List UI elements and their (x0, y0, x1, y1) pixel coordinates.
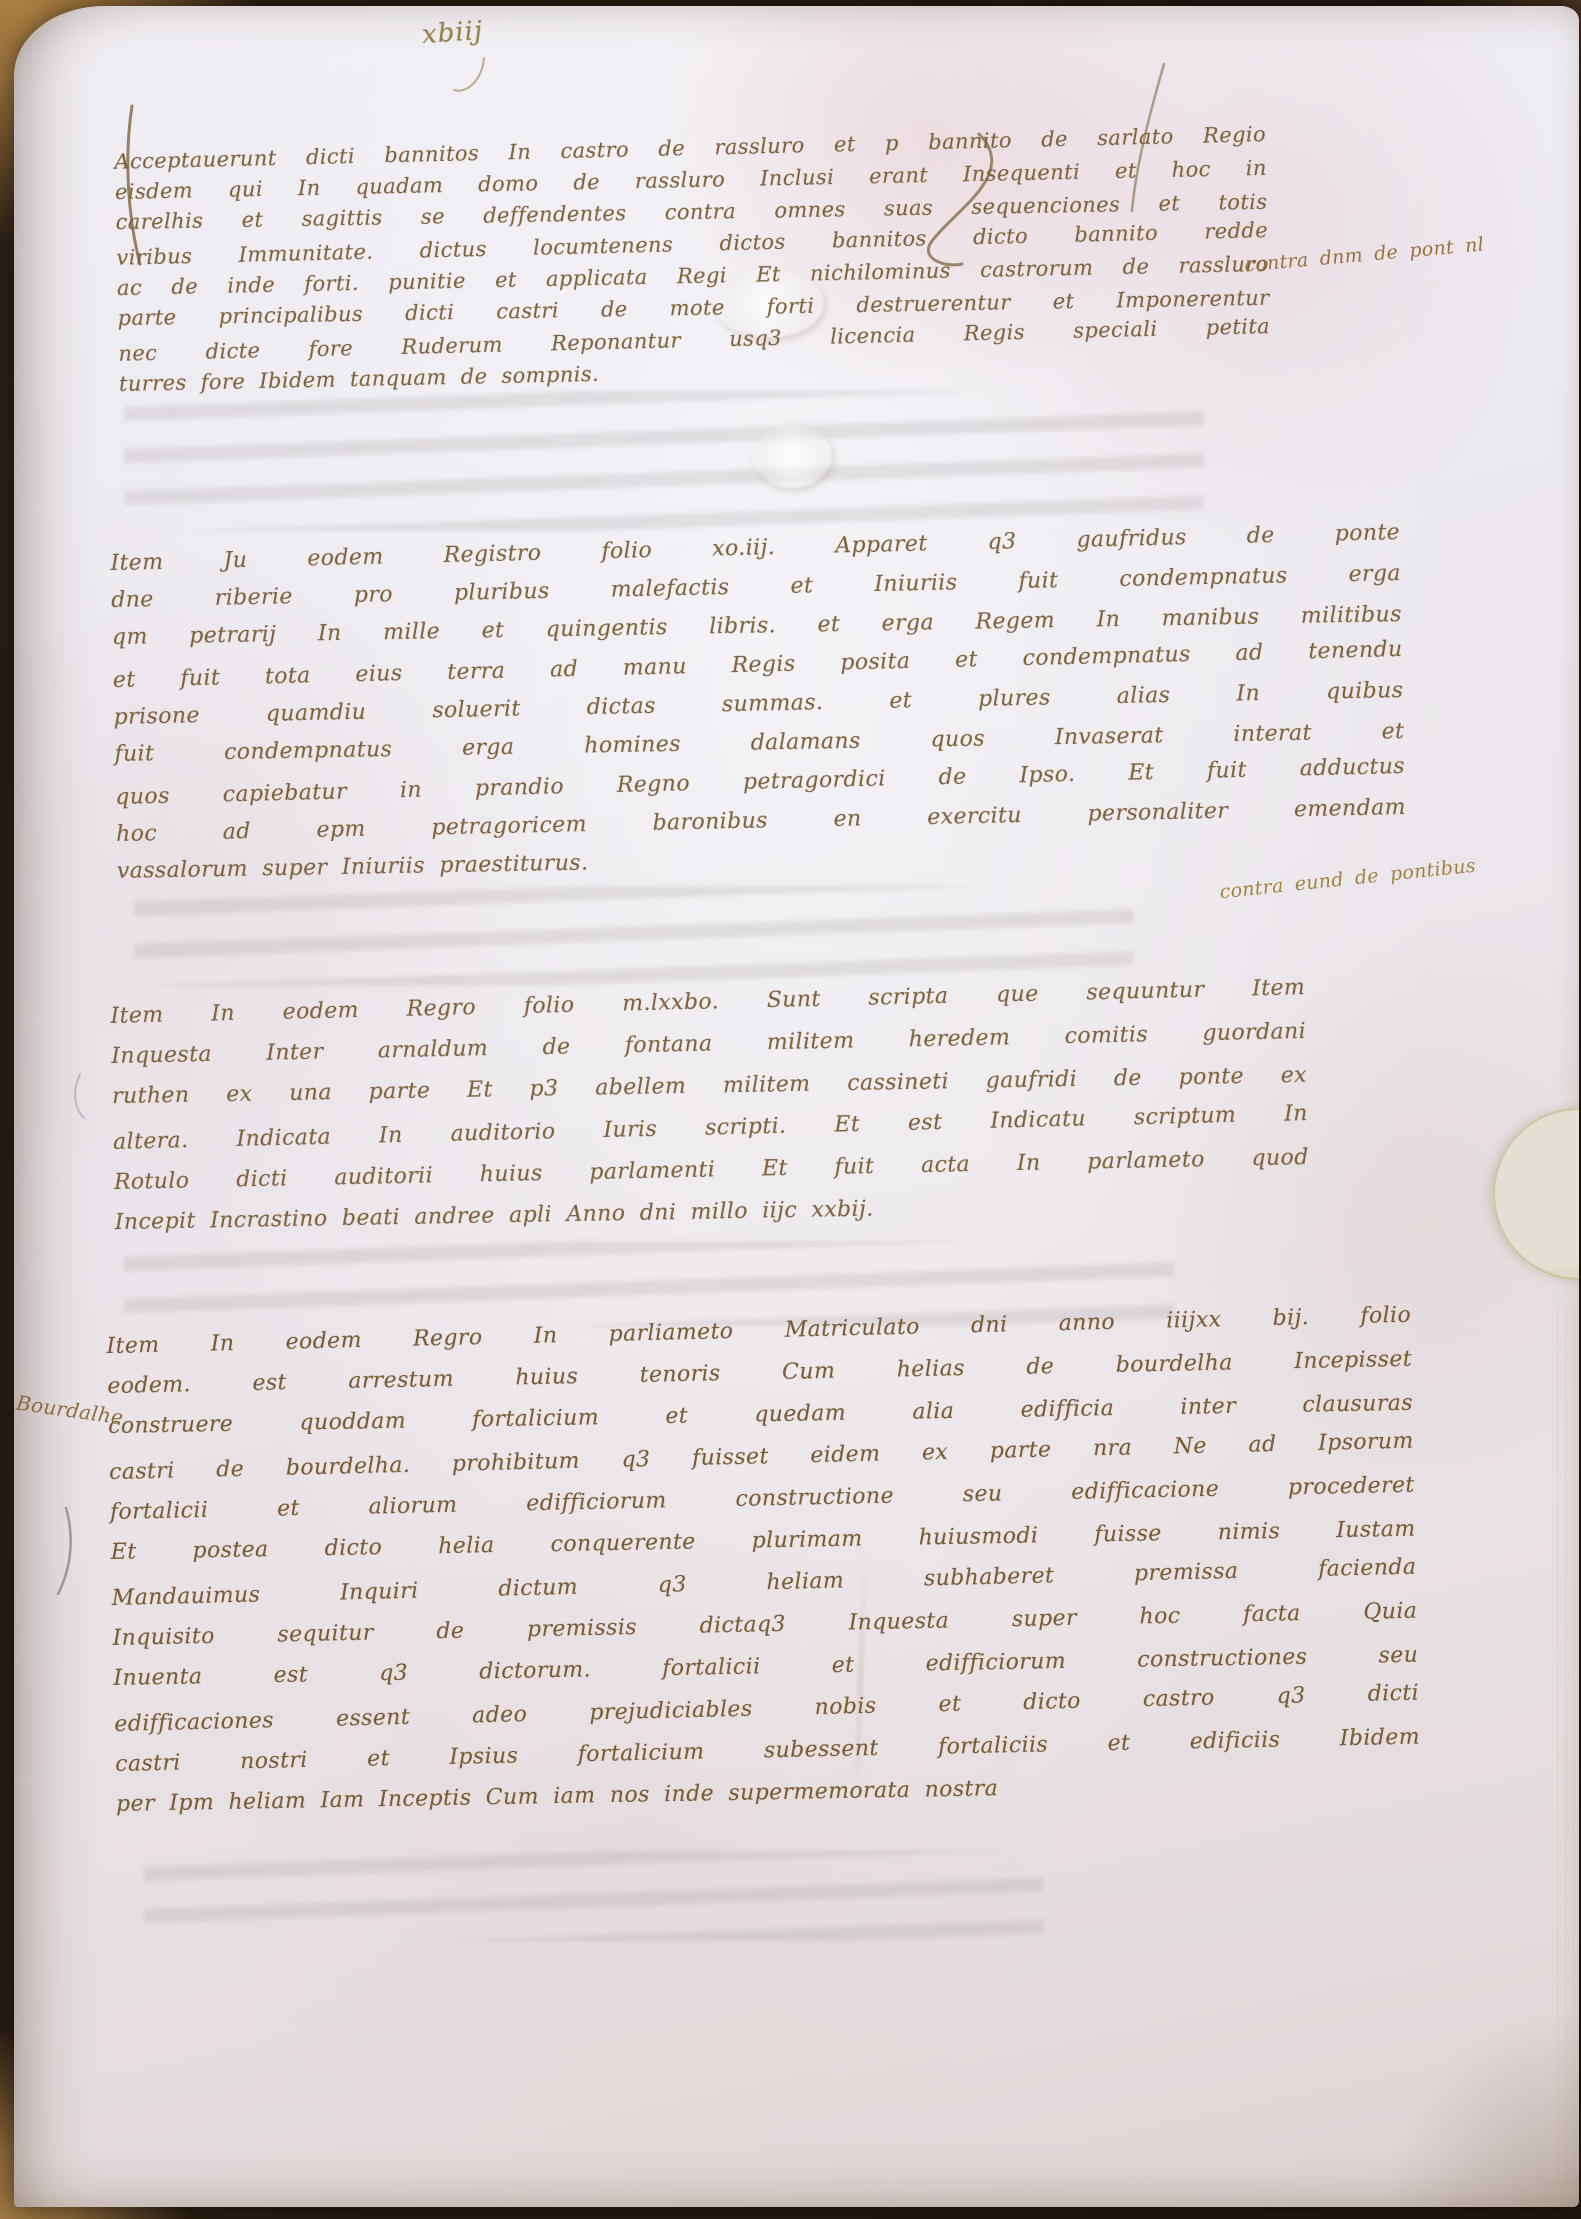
manuscript-page: xbiij Acceptauerunt dicti bannitos In ca… (14, 6, 1579, 2207)
folio-number: xbiij (421, 16, 484, 50)
page-curl-shadow (1319, 2007, 1579, 2207)
bleedthrough-smudge (134, 886, 1134, 986)
bleedthrough-smudge (144, 1851, 1044, 1941)
parchment-damage-spot (752, 424, 832, 488)
text-block-1: Acceptauerunt dicti bannitos In castro d… (114, 120, 1271, 400)
text-block-4: Item In eodem Regro In parliameto Matric… (106, 1297, 1421, 1828)
text-block-2: Item Ju eodem Registro folio xo.iij. App… (110, 515, 1407, 893)
text-block-3: Item In eodem Regro folio m.lxxbo. Sunt … (110, 969, 1310, 1246)
photo-background: xbiij Acceptauerunt dicti bannitos In ca… (0, 0, 1581, 2219)
margin-note-right-1: contra dnm de pont nl (1243, 234, 1484, 277)
bleedthrough-smudge (124, 391, 1204, 531)
folio-number-tail (454, 58, 484, 91)
margin-hook-mark (58, 1508, 71, 1594)
parchment-hole (1493, 1108, 1579, 1280)
margin-faint-curl (75, 1074, 84, 1118)
